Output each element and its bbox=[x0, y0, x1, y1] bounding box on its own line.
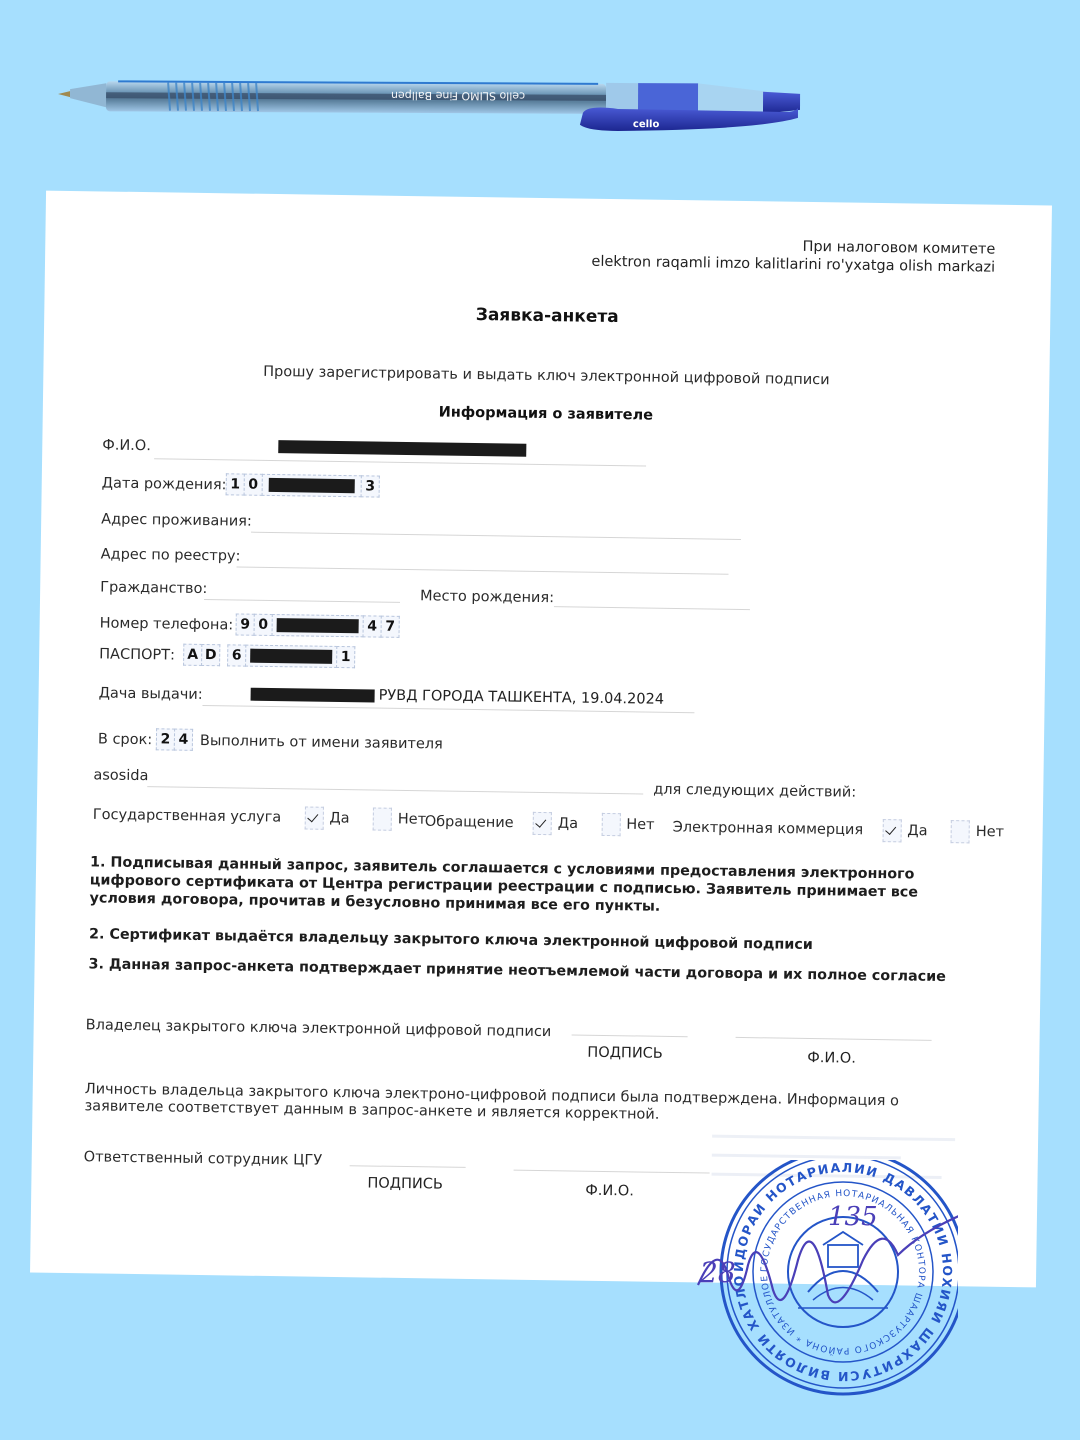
citizenship-label: Гражданство: bbox=[100, 579, 207, 597]
action-ecommerce: Электронная коммерция Да Нет bbox=[673, 816, 1005, 844]
term-after-text: Выполнить от имени заявителя bbox=[200, 733, 443, 753]
term-item-3: 3. Данная запрос-анкета подтверждает при… bbox=[88, 955, 978, 986]
yes-label: Да bbox=[558, 816, 578, 832]
fio-label: Ф.И.О. bbox=[102, 437, 151, 454]
passport-digit: 1 bbox=[336, 646, 355, 668]
action-label: Государственная услуга bbox=[93, 807, 282, 826]
request-text: Прошу зарегистрировать и выдать ключ эле… bbox=[43, 361, 1049, 392]
birth-date-label: Дата рождения: bbox=[102, 475, 227, 493]
phone-digit: 9 bbox=[236, 613, 255, 635]
passport-label: ПАСПОРТ: bbox=[99, 646, 175, 663]
owner-signature-caption: ПОДПИСЬ bbox=[587, 1045, 663, 1062]
term-field[interactable]: 2 4 bbox=[156, 728, 192, 751]
registry-address-field[interactable] bbox=[237, 566, 729, 574]
no-label: Нет bbox=[626, 817, 655, 833]
fio-field-line[interactable] bbox=[154, 458, 646, 466]
ballpoint-pen: cello SLIMO Fine Ballpen cello bbox=[58, 76, 803, 142]
residence-address-label: Адрес проживания: bbox=[101, 511, 252, 529]
birth-place-field[interactable] bbox=[554, 606, 750, 610]
passport-digit: 6 bbox=[227, 644, 246, 666]
appeal-yes-checkbox[interactable] bbox=[533, 812, 552, 835]
term-item-2: 2. Сертификат выдаётся владельцу закрыто… bbox=[89, 925, 979, 956]
issued-label: Дача выдачи: bbox=[99, 685, 203, 703]
section-title: Информация о заявителе bbox=[43, 399, 1049, 430]
appeal-no-checkbox[interactable] bbox=[601, 813, 620, 836]
officer-name-caption: Ф.И.О. bbox=[585, 1183, 634, 1200]
issued-redacted bbox=[251, 688, 375, 703]
phone-redacted bbox=[271, 614, 363, 637]
ecommerce-no-checkbox[interactable] bbox=[951, 820, 970, 843]
basis-after-text: для следующих действий: bbox=[653, 782, 856, 801]
passport-redacted bbox=[245, 645, 337, 668]
birth-date-digit: 1 bbox=[226, 473, 245, 495]
birth-place-label: Место рождения: bbox=[420, 588, 554, 606]
action-state-service: Государственная услуга Да Нет bbox=[93, 803, 427, 831]
no-label: Нет bbox=[976, 824, 1005, 840]
phone-field[interactable]: 9 0 4 7 bbox=[236, 613, 399, 637]
pen-illustration: cello SLIMO Fine Ballpen cello bbox=[58, 76, 803, 142]
term-digit: 4 bbox=[174, 729, 193, 751]
yes-label: Да bbox=[329, 810, 349, 826]
action-label: Электронная коммерция bbox=[673, 819, 864, 838]
passport-series-char: D bbox=[201, 644, 220, 666]
svg-text:135: 135 bbox=[828, 1202, 878, 1232]
birth-date-field[interactable]: 1 0 3 bbox=[226, 473, 379, 497]
owner-signature-line[interactable] bbox=[572, 1034, 688, 1037]
application-form-page: При налоговом комитете elektron raqamli … bbox=[30, 191, 1052, 1288]
passport-field[interactable]: A D 6 1 bbox=[183, 644, 354, 669]
officer-signature-caption: ПОДПИСЬ bbox=[367, 1175, 443, 1192]
fio-redacted-value bbox=[278, 440, 526, 457]
birth-date-redacted bbox=[262, 474, 362, 497]
officer-signature-line[interactable] bbox=[350, 1165, 466, 1168]
owner-name-line[interactable] bbox=[736, 1037, 932, 1041]
phone-label: Номер телефона: bbox=[100, 615, 234, 633]
term-digit: 2 bbox=[156, 728, 175, 750]
basis-label: asosida bbox=[93, 767, 148, 784]
issued-value: РУВД ГОРОДА ТАШКЕНТА, 19.04.2024 bbox=[379, 688, 665, 708]
phone-digit: 0 bbox=[254, 614, 273, 636]
officer-signature-label: Ответственный сотрудник ЦГУ bbox=[84, 1149, 323, 1169]
state-service-no-checkbox[interactable] bbox=[373, 808, 392, 831]
svg-text:cello: cello bbox=[633, 119, 660, 130]
owner-name-caption: Ф.И.О. bbox=[807, 1050, 856, 1067]
stamp-seal-icon: ИДОРАИ НОТАРИАЛИИ ДАВЛАТИИ НОХИЯИ ШАХРИТ… bbox=[688, 1160, 958, 1410]
notary-stamp: ИДОРАИ НОТАРИАЛИИ ДАВЛАТИИ НОХИЯИ ШАХРИТ… bbox=[688, 1160, 958, 1410]
state-service-yes-checkbox[interactable] bbox=[304, 806, 323, 829]
header-block: При налоговом комитете elektron raqamli … bbox=[591, 235, 995, 277]
yes-label: Да bbox=[907, 823, 927, 839]
term-label: В срок: bbox=[98, 731, 152, 748]
officer-name-line[interactable] bbox=[514, 1170, 710, 1174]
svg-text:28: 28 bbox=[699, 1256, 736, 1289]
term-item-1: 1. Подписывая данный запрос, заявитель с… bbox=[89, 853, 980, 920]
document-title: Заявка-анкета bbox=[44, 299, 1050, 334]
verification-text: Личность владельца закрытого ключа элект… bbox=[84, 1081, 964, 1128]
birth-date-digit: 0 bbox=[244, 474, 263, 496]
owner-signature-label: Владелец закрытого ключа электронной циф… bbox=[86, 1017, 552, 1040]
phone-digit: 4 bbox=[362, 615, 381, 637]
action-label: Обращение bbox=[425, 814, 514, 831]
passport-series-char: A bbox=[183, 644, 202, 666]
residence-address-field[interactable] bbox=[251, 532, 741, 540]
no-label: Нет bbox=[398, 811, 427, 827]
ecommerce-yes-checkbox[interactable] bbox=[882, 819, 901, 842]
phone-digit: 7 bbox=[380, 616, 399, 638]
svg-text:cello SLIMO Fine Ballpen: cello SLIMO Fine Ballpen bbox=[391, 89, 525, 103]
birth-date-digit: 3 bbox=[361, 475, 380, 497]
basis-field[interactable] bbox=[147, 786, 643, 794]
citizenship-field[interactable] bbox=[204, 599, 400, 603]
action-appeal: Обращение Да Нет bbox=[425, 810, 655, 836]
registry-address-label: Адрес по реестру: bbox=[101, 546, 241, 564]
